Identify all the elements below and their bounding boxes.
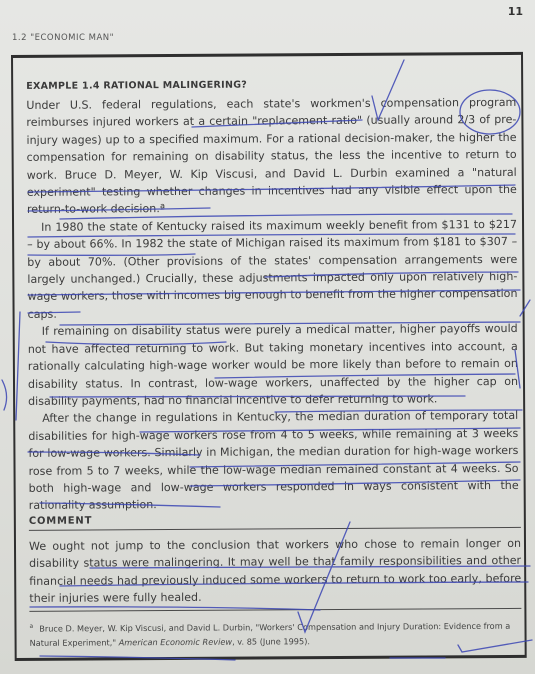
comment-text: We ought not jump to the conclusion that…	[29, 535, 521, 608]
divider	[29, 608, 521, 612]
page-number: 11	[508, 5, 523, 18]
paragraph-3: If remaining on disability status were p…	[28, 320, 519, 410]
running-head: 1.2 "ECONOMIC MAN"	[12, 33, 114, 43]
paragraph-4: After the change in regulations in Kentu…	[28, 407, 519, 514]
example-body: Under U.S. federal regulations, each sta…	[26, 94, 519, 515]
paragraph-2: In 1980 the state of Kentucky raised its…	[27, 216, 518, 323]
comment-heading: COMMENT	[29, 513, 521, 531]
footnote: aBruce D. Meyer, W. Kip Viscusi, and Dav…	[29, 617, 521, 650]
footnote-marker: a	[29, 623, 33, 630]
footnote-journal: American Economic Review	[119, 636, 232, 647]
footnote-volume: , v. 85 (June 1995).	[232, 636, 310, 646]
example-box: EXAMPLE 1.4 RATIONAL MALINGERING? Under …	[11, 52, 527, 661]
example-title: EXAMPLE 1.4 RATIONAL MALINGERING?	[26, 80, 247, 92]
paragraph-1: Under U.S. federal regulations, each sta…	[26, 94, 517, 219]
